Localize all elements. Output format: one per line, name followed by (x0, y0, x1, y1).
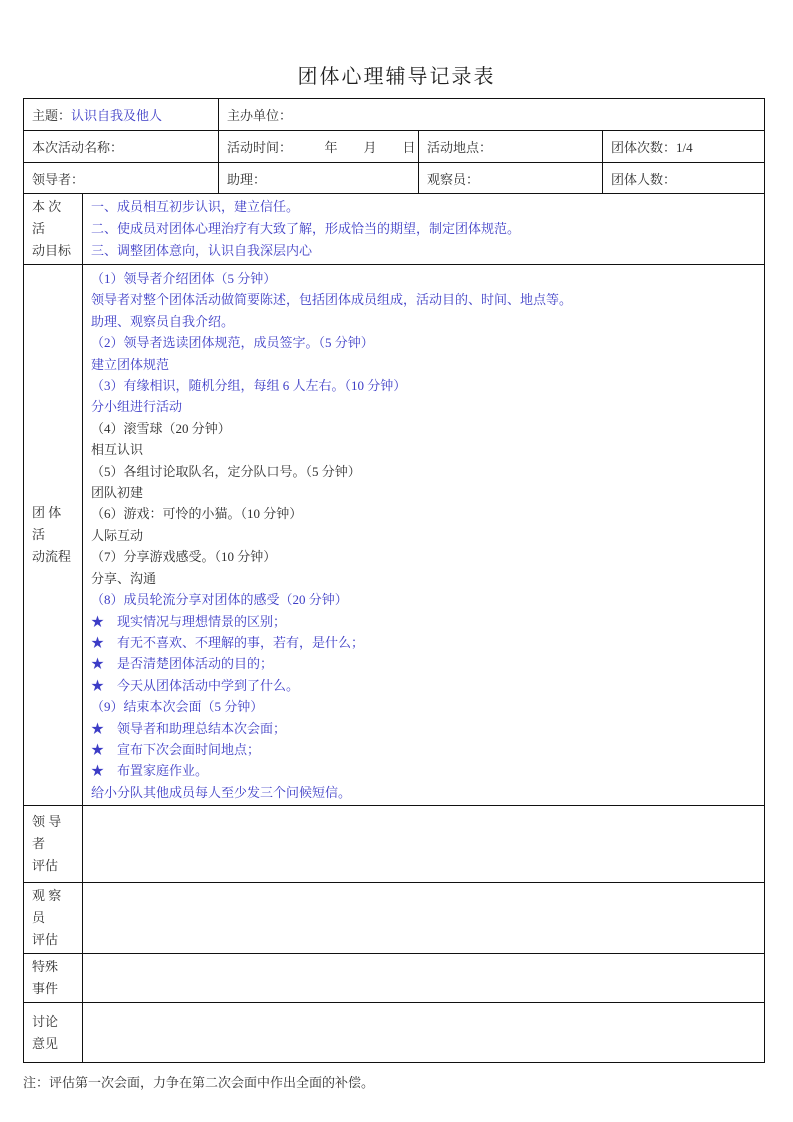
page-title: 团体心理辅导记录表 (0, 0, 793, 89)
flow-line: （6）游戏：可怜的小猫。（10 分钟） (91, 503, 756, 524)
flow-line: 领导者对整个团体活动做简要陈述，包括团体成员组成，活动目的、时间、地点等。 (91, 289, 756, 310)
theme-cell: 主题：认识自我及他人 (24, 99, 219, 131)
flow-line: 给小分队其他成员每人至少发三个问候短信。 (91, 782, 756, 803)
flow-line: 分享、沟通 (91, 568, 756, 589)
goal-line: 一、成员相互初步认识，建立信任。 (91, 196, 756, 218)
activity-place-label: 活动地点： (427, 140, 492, 155)
row-observer-evaluation: 观 察 员 评估 (24, 883, 765, 954)
row-discussion: 讨论 意见 (24, 1003, 765, 1063)
flow-line: 助理、观察员自我介绍。 (91, 311, 756, 332)
observer-evaluation-field (83, 883, 765, 954)
theme-label: 主题： (32, 108, 71, 123)
session-count-cell: 团体次数：1/4 (603, 131, 765, 163)
flow-line: ★ 领导者和助理总结本次会面； (91, 718, 756, 739)
row-flow: 团 体 活 动流程 （1）领导者介绍团体（5 分钟）领导者对整个团体活动做简要陈… (24, 265, 765, 806)
goal-line: 三、调整团体意向，认识自我深层内心 (91, 240, 756, 262)
flow-line: ★ 宣布下次会面时间地点； (91, 739, 756, 760)
flow-line: ★ 布置家庭作业。 (91, 760, 756, 781)
row-activity-info: 本次活动名称： 活动时间： 年 月 日 活动地点： 团体次数：1/4 (24, 131, 765, 163)
session-count-value: 1/4 (676, 140, 693, 155)
flow-line: 相互认识 (91, 439, 756, 460)
flow-line: 分小组进行活动 (91, 396, 756, 417)
activity-name-label: 本次活动名称： (32, 140, 123, 155)
organizer-label: 主办单位： (227, 108, 292, 123)
leader-evaluation-label: 领 导 者 评估 (24, 806, 83, 883)
leader-label: 领导者： (32, 172, 84, 187)
member-count-label: 团体人数： (611, 172, 676, 187)
discussion-label: 讨论 意见 (24, 1003, 83, 1063)
flow-line: ★ 是否清楚团体活动的目的； (91, 653, 756, 674)
flow-line: （9）结束本次会面（5 分钟） (91, 696, 756, 717)
goals-row-label: 本 次 活 动目标 (24, 194, 83, 265)
goals-content: 一、成员相互初步认识，建立信任。二、使成员对团体心理治疗有大致了解，形成恰当的期… (83, 194, 765, 265)
flow-line: ★ 现实情况与理想情景的区别； (91, 611, 756, 632)
assistant-cell: 助理： (219, 163, 419, 194)
special-events-label: 特殊 事件 (24, 954, 83, 1003)
flow-line: （2）领导者选读团体规范，成员签字。（5 分钟） (91, 332, 756, 353)
row-leader-evaluation: 领 导 者 评估 (24, 806, 765, 883)
discussion-field (83, 1003, 765, 1063)
record-form-table: 主题：认识自我及他人 主办单位： 本次活动名称： 活动时间： 年 月 日 活动地… (23, 98, 765, 1063)
flow-line: （7）分享游戏感受。（10 分钟） (91, 546, 756, 567)
flow-line: 建立团体规范 (91, 354, 756, 375)
flow-line: （1）领导者介绍团体（5 分钟） (91, 268, 756, 289)
goal-line: 二、使成员对团体心理治疗有大致了解，形成恰当的期望，制定团体规范。 (91, 218, 756, 240)
flow-line: （8）成员轮流分享对团体的感受（20 分钟） (91, 589, 756, 610)
leader-cell: 领导者： (24, 163, 219, 194)
flow-line: （3）有缘相识，随机分组，每组 6 人左右。（10 分钟） (91, 375, 756, 396)
activity-time-label: 活动时间： 年 月 日 (227, 140, 416, 155)
member-count-cell: 团体人数： (603, 163, 765, 194)
activity-place-cell: 活动地点： (419, 131, 603, 163)
footnote: 注：评估第一次会面，力争在第二次会面中作出全面的补偿。 (23, 1072, 793, 1091)
activity-time-cell: 活动时间： 年 月 日 (219, 131, 419, 163)
observer-evaluation-label: 观 察 员 评估 (24, 883, 83, 954)
flow-line: （5）各组讨论取队名，定分队口号。（5 分钟） (91, 461, 756, 482)
row-goals: 本 次 活 动目标 一、成员相互初步认识，建立信任。二、使成员对团体心理治疗有大… (24, 194, 765, 265)
organizer-cell: 主办单位： (219, 99, 765, 131)
theme-value: 认识自我及他人 (71, 108, 162, 123)
special-events-field (83, 954, 765, 1003)
leader-evaluation-field (83, 806, 765, 883)
observer-label: 观察员： (427, 172, 479, 187)
document-page: 团体心理辅导记录表 主题：认识自我及他人 主办单位： 本次活动名称： 活动时间：… (0, 0, 793, 1122)
flow-content: （1）领导者介绍团体（5 分钟）领导者对整个团体活动做简要陈述，包括团体成员组成… (83, 265, 765, 806)
flow-line: 人际互动 (91, 525, 756, 546)
row-theme: 主题：认识自我及他人 主办单位： (24, 99, 765, 131)
assistant-label: 助理： (227, 172, 266, 187)
activity-name-cell: 本次活动名称： (24, 131, 219, 163)
flow-row-label: 团 体 活 动流程 (24, 265, 83, 806)
row-special-events: 特殊 事件 (24, 954, 765, 1003)
flow-line: ★ 有无不喜欢、不理解的事，若有，是什么； (91, 632, 756, 653)
row-staff: 领导者： 助理： 观察员： 团体人数： (24, 163, 765, 194)
session-count-label: 团体次数： (611, 140, 676, 155)
flow-line: （4）滚雪球（20 分钟） (91, 418, 756, 439)
flow-line: 团队初建 (91, 482, 756, 503)
flow-line: ★ 今天从团体活动中学到了什么。 (91, 675, 756, 696)
observer-cell: 观察员： (419, 163, 603, 194)
